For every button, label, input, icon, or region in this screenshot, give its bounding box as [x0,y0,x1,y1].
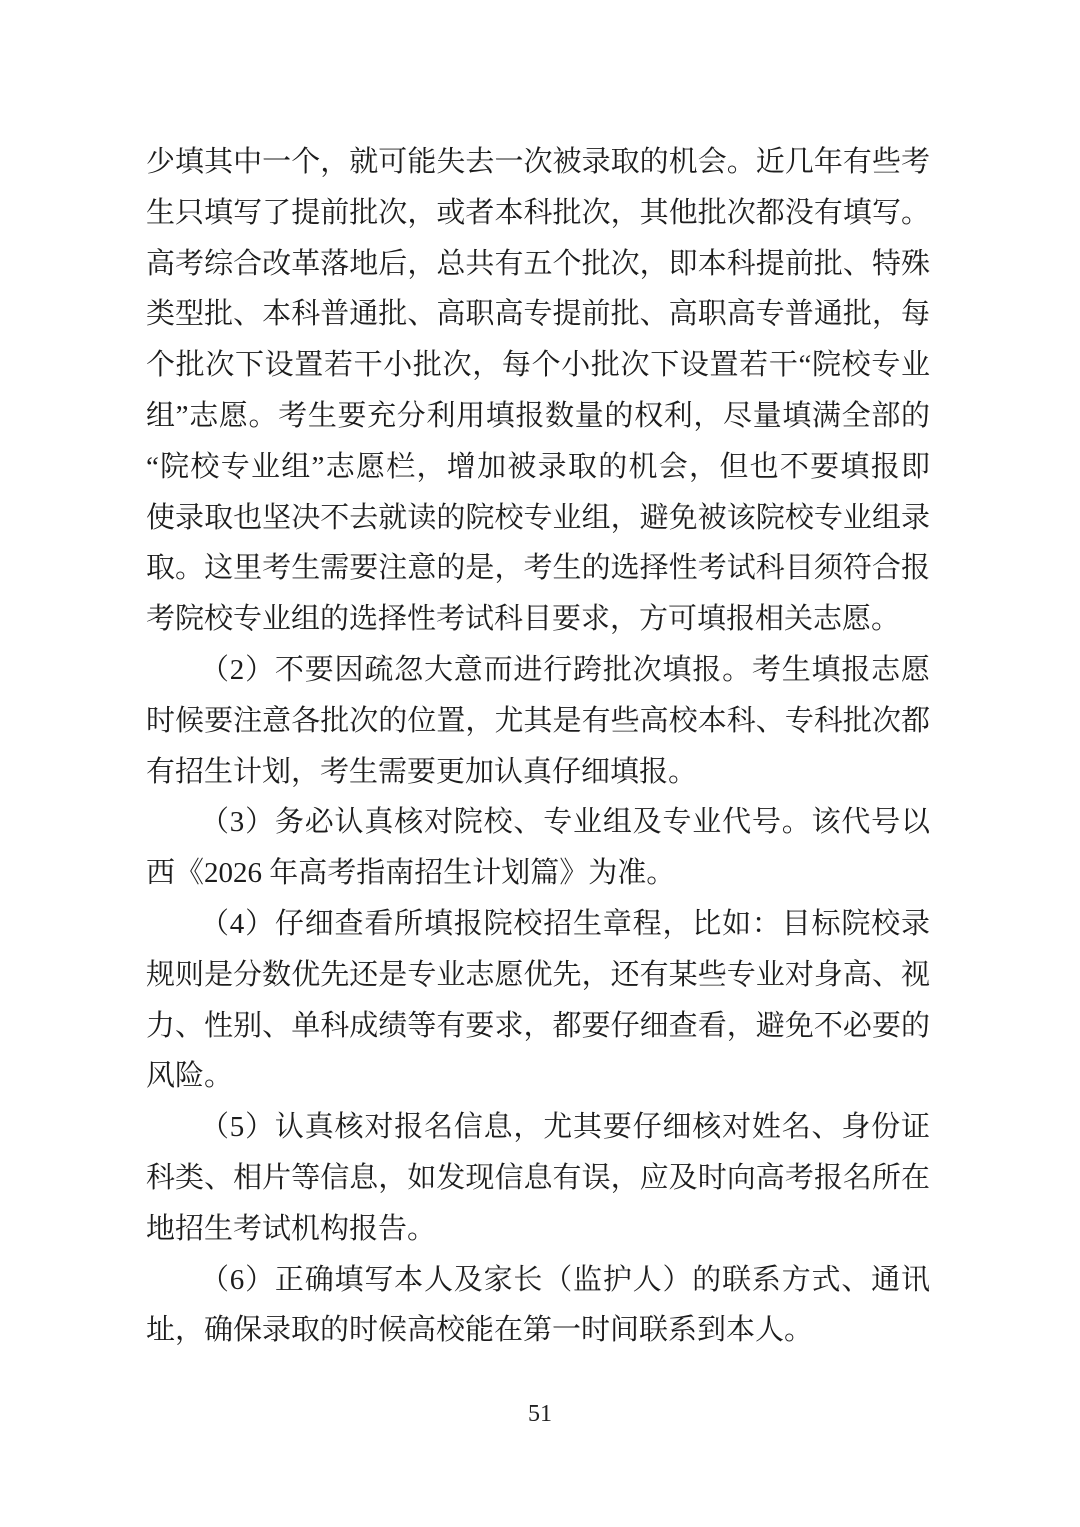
text-line: 个批次下设置若干小批次，每个小批次下设置若干“院校专业 [146,340,930,391]
text-line: 有招生计划，考生需要更加认真仔细填报。 [146,747,930,798]
text-line: 高考综合改革落地后，总共有五个批次，即本科提前批、特殊 [146,239,930,290]
text-line: 生只填写了提前批次，或者本科批次，其他批次都没有填写。 [146,188,930,239]
text-line: 址，确保录取的时候高校能在第一时间联系到本人。 [146,1305,930,1356]
page-number: 51 [0,1399,1080,1429]
text-line: （4）仔细查看所填报院校招生章程，比如：目标院校录取 [146,899,930,950]
document-page: 少填其中一个，就可能失去一次被录取的机会。近几年有些考生只填写了提前批次，或者本… [0,0,1080,1527]
text-line: （3）务必认真核对院校、专业组及专业代号。该代号以广 [146,797,930,848]
text-line: 取。这里考生需要注意的是，考生的选择性考试科目须符合报 [146,543,930,594]
text-line: 风险。 [146,1051,930,1102]
text-line: 西《2026 年高考指南招生计划篇》为准。 [146,848,930,899]
page-content: 少填其中一个，就可能失去一次被录取的机会。近几年有些考生只填写了提前批次，或者本… [146,137,930,1356]
text-line: （5）认真核对报名信息，尤其要仔细核对姓名、身份证号、 [146,1102,930,1153]
text-line: “院校专业组”志愿栏，增加被录取的机会，但也不要填报即 [146,442,930,493]
text-line: 少填其中一个，就可能失去一次被录取的机会。近几年有些考 [146,137,930,188]
text-line: 组”志愿。考生要充分利用填报数量的权利，尽量填满全部的 [146,391,930,442]
text-line: 力、性别、单科成绩等有要求，都要仔细查看，避免不必要的 [146,1001,930,1052]
text-line: 地招生考试机构报告。 [146,1204,930,1255]
text-line: （2）不要因疏忽大意而进行跨批次填报。考生填报志愿的 [146,645,930,696]
text-line: 科类、相片等信息，如发现信息有误，应及时向高考报名所在 [146,1153,930,1204]
text-line: （6）正确填写本人及家长（监护人）的联系方式、通讯地 [146,1255,930,1306]
text-line: 规则是分数优先还是专业志愿优先，还有某些专业对身高、视 [146,950,930,1001]
text-line: 考院校专业组的选择性考试科目要求，方可填报相关志愿。 [146,594,930,645]
text-line: 时候要注意各批次的位置，尤其是有些高校本科、专科批次都 [146,696,930,747]
text-line: 使录取也坚决不去就读的院校专业组，避免被该院校专业组录 [146,493,930,544]
text-line: 类型批、本科普通批、高职高专提前批、高职高专普通批，每 [146,289,930,340]
